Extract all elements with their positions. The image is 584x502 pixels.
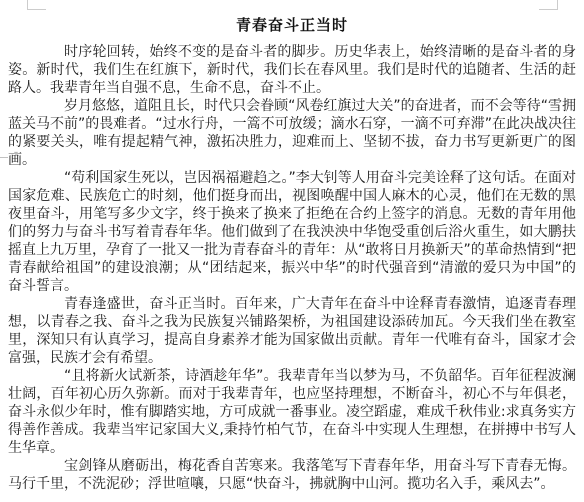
document-page: ▾ 青春奋斗正当时 时序轮回转，始终不变的是奋斗者的脚步。历史华表上，始终清晰的… xyxy=(0,0,584,502)
paragraph-4: 青春逢盛世，奋斗正当时。百年来，广大青年在奋斗中诠释青春激情，追逐青春理想，以青… xyxy=(8,295,576,367)
paragraph-1: 时序轮回转，始终不变的是奋斗者的脚步。历史华表上，始终清晰的是奋斗者的身姿。新时… xyxy=(8,43,576,97)
paragraph-5: “且将新火试新茶，诗酒趁年华”。我辈青年当以梦为马，不负韶华。百年征程波澜壮阔，… xyxy=(8,367,576,457)
text-boundary-mark-top-right xyxy=(557,0,558,9)
document-title: 青春奋斗正当时 xyxy=(0,14,584,35)
margin-marker-dash xyxy=(0,157,8,158)
text-boundary-mark-top-left xyxy=(27,0,28,9)
paragraph-6: 宝剑锋从磨砺出，梅花香自苦寒来。我落笔写下青春年华，用奋斗写下青春无悔。马行千里… xyxy=(8,457,576,493)
text-boundary-mark-top-right xyxy=(539,9,558,10)
paragraph-2: 岁月悠悠，道阻且长，时代只会眷顾“风卷红旗过大关”的奋进者，而不会等待“雪拥蓝关… xyxy=(8,97,576,169)
paragraph-3: “苟利国家生死以，岂因祸福避趋之。”李大钊等人用奋斗完美诠释了这句话。在面对国家… xyxy=(8,169,576,295)
document-body: 时序轮回转，始终不变的是奋斗者的脚步。历史华表上，始终清晰的是奋斗者的身姿。新时… xyxy=(0,43,584,493)
caret-down-icon: ▾ xyxy=(14,150,18,158)
text-boundary-mark-top-left xyxy=(27,9,46,10)
